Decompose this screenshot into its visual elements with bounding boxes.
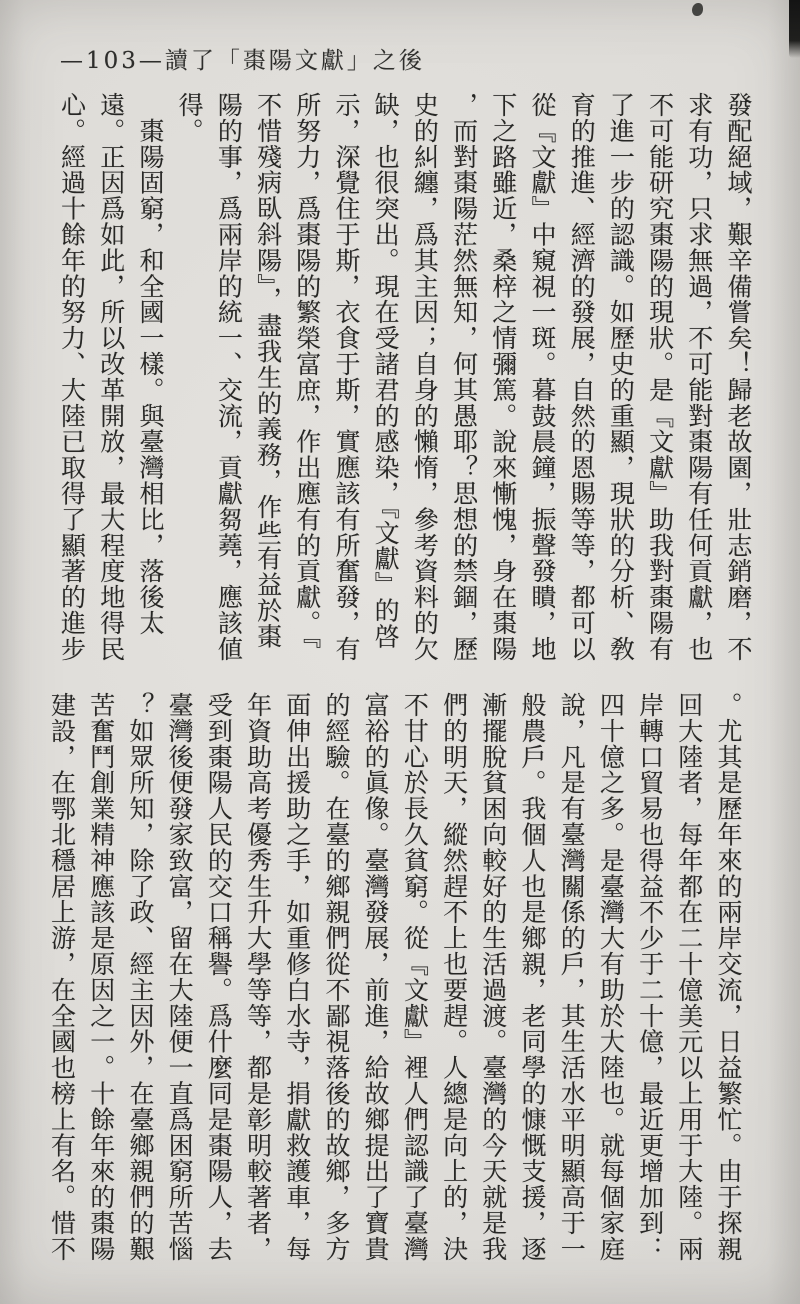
text-block-bottom: 。尤其是歷年來的兩岸交流，日益繁忙。由于探親回大陸者，每年都在二十億美元以上用于… bbox=[42, 692, 748, 1272]
text-column: 下之路雖近，桑梓之情彌篤。說來慚愧，身在棗陽 bbox=[484, 92, 523, 672]
text-column: 從『文獻』中窺視一斑。暮鼓晨鐘，振聲發瞶，地 bbox=[523, 92, 562, 672]
text-column: 發配絕域，艱辛備嘗矣！歸老故園，壯志銷磨，不 bbox=[719, 92, 758, 672]
text-column: 育的推進、經濟的發展，自然的恩賜等等，都可以 bbox=[562, 92, 601, 672]
text-column: 的經驗。在臺的鄉親們從不鄙視落後的故鄉，多方 bbox=[317, 692, 356, 1272]
text-column: 示，深覺住于斯，衣食于斯，實應該有所奮發，有 bbox=[327, 92, 366, 672]
text-column: 漸擺脫貧困向較好的生活過渡。臺灣的今天就是我 bbox=[474, 692, 513, 1272]
text-column: 四十億之多。是臺灣大有助於大陸也。就每個家庭 bbox=[591, 692, 630, 1272]
text-column: 年資助高考優秀生升大學等等，都是彰明較著者， bbox=[238, 692, 277, 1272]
text-column: 心。經過十餘年的努力、大陸已取得了顯著的進步 bbox=[52, 92, 91, 672]
text-column: 史的糾纏，爲其主因；自身的懶惰，參考資料的欠 bbox=[405, 92, 444, 672]
ink-speck-artifact bbox=[692, 3, 703, 16]
text-column: 求有功，只求無過，不可能對棗陽有任何貢獻，也 bbox=[680, 92, 719, 672]
text-block-top: 發配絕域，艱辛備嘗矣！歸老故園，壯志銷磨，不求有功，只求無過，不可能對棗陽有任何… bbox=[52, 92, 758, 672]
text-column: 面伸出援助之手，如重修白水寺，捐獻救護車，每 bbox=[278, 692, 317, 1272]
text-column: 棗陽固窮，和全國一樣。與臺灣相比，落後太 bbox=[131, 92, 170, 672]
text-column: 富裕的眞像。臺灣發展，前進，給故鄉提出了寶貴 bbox=[356, 692, 395, 1272]
text-column: 遠。正因爲如此，所以改革開放，最大程度地得民 bbox=[92, 92, 131, 672]
text-column: 岸轉口貿易也得益不少于二十億，最近更增加到： bbox=[630, 692, 669, 1272]
text-column: 不甘心於長久貧窮。從『文獻』裡人們認識了臺灣 bbox=[395, 692, 434, 1272]
scan-corner-artifact bbox=[789, 0, 800, 58]
scanned-page: —103—讀了「棗陽文獻」之後 發配絕域，艱辛備嘗矣！歸老故園，壯志銷磨，不求有… bbox=[0, 0, 800, 1304]
text-column: 回大陸者，每年都在二十億美元以上用于大陸。兩 bbox=[670, 692, 709, 1272]
page-header: —103—讀了「棗陽文獻」之後 bbox=[60, 42, 425, 75]
text-column: 們的明天，縱然趕不上也要趕。人總是向上的，決 bbox=[434, 692, 473, 1272]
text-column: 建設，在鄂北穩居上游，在全國也榜上有名。惜不 bbox=[42, 692, 81, 1272]
text-column: 不惜殘病臥斜陽』，盡我生的義務，作些有益於棗 bbox=[248, 92, 287, 672]
text-column: 受到棗陽人民的交口稱譽。爲什麼同是棗陽人，去 bbox=[199, 692, 238, 1272]
text-column: 。尤其是歷年來的兩岸交流，日益繁忙。由于探親 bbox=[709, 692, 748, 1272]
text-column: ，而對棗陽茫然無知，何其愚耶？思想的禁錮，歷 bbox=[444, 92, 483, 672]
text-column: 般農戶。我個人也是鄉親，老同學的慷慨支援，逐 bbox=[513, 692, 552, 1272]
text-column: 所努力，爲棗陽的繁榮富庶，作出應有的貢獻。『 bbox=[288, 92, 327, 672]
text-column: ？如眾所知，除了政、經主因外，在臺鄉親們的艱 bbox=[121, 692, 160, 1272]
text-column: 缺，也很突出。現在受諸君的感染，『文獻』的啓 bbox=[366, 92, 405, 672]
text-column: 陽的事，爲兩岸的統一、交流，貢獻芻蕘，應該値 bbox=[209, 92, 248, 672]
text-column: 苦奮鬥創業精神應該是原因之一。十餘年來的棗陽 bbox=[82, 692, 121, 1272]
text-column: 臺灣後便發家致富，留在大陸便一直爲困窮所苦惱 bbox=[160, 692, 199, 1272]
text-column: 不可能研究棗陽的現狀。是『文獻』助我對棗陽有 bbox=[640, 92, 679, 672]
text-column: 了進一步的認識。如歷史的重顯，現狀的分析、敎 bbox=[601, 92, 640, 672]
text-column: 得。 bbox=[170, 92, 209, 672]
text-column: 說，凡是有臺灣關係的戶，其生活水平明顯高于一 bbox=[552, 692, 591, 1272]
